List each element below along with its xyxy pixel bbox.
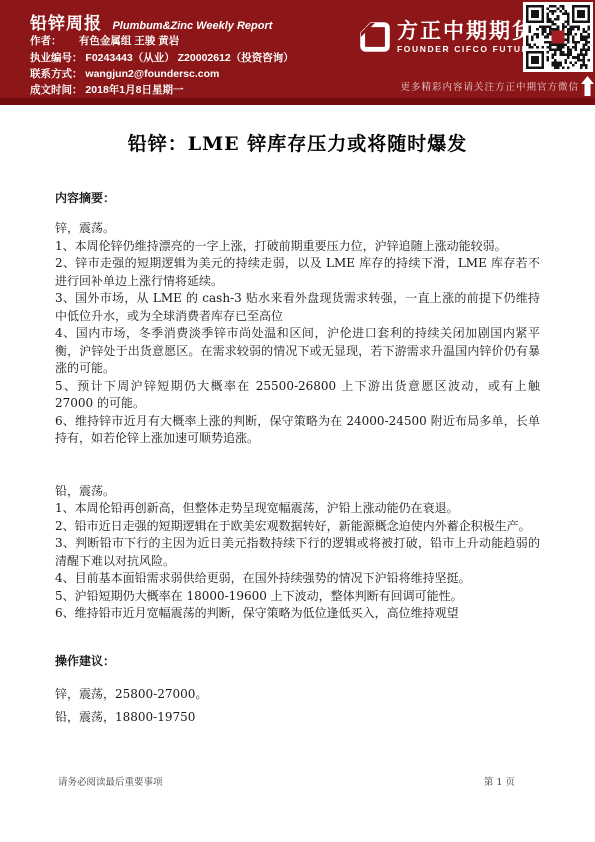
lead-advice-line: 铅，震荡，18800-19750 (55, 706, 540, 729)
report-title-zh: 铅锌周报 (30, 14, 102, 33)
lead-point-1: 1、本周伦铅再创新高，但整体走势呈现宽幅震荡，沪铅上涨动能仍在衰退。 (55, 500, 540, 518)
footer-page-number: 第 1 页 (484, 774, 515, 788)
license-field: 执业编号： F0243443（从业） Z20002612（投资咨询） (30, 50, 294, 65)
author-label: 作者： (30, 33, 76, 48)
header-divider (0, 98, 595, 105)
lead-point-6: 6、维持铅市近月宽幅震荡的判断，保守策略为低位逢低买入，高位维持观望 (55, 605, 540, 623)
lead-summary-section: 铅，震荡。 1、本周伦铅再创新高，但整体走势呈现宽幅震荡，沪铅上涨动能仍在衰退。… (55, 483, 540, 623)
zinc-point-4: 4、国内市场，冬季消费淡季锌市尚处温和区间，沪伦进口套利的持续关闭加剧国内紧平衡… (55, 325, 540, 378)
zinc-point-1: 1、本周伦锌仍维持漂亮的一字上涨，打破前期重要压力位，沪锌追随上涨动能较弱。 (55, 238, 540, 256)
zinc-trend-line: 锌，震荡。 (55, 220, 540, 238)
license-value: F0243443（从业） Z20002612（投资咨询） (85, 52, 293, 64)
wechat-qr-code (523, 2, 593, 72)
zinc-summary-section: 锌，震荡。 1、本周伦锌仍维持漂亮的一字上涨，打破前期重要压力位，沪锌追随上涨动… (55, 220, 540, 448)
contact-label: 联系方式： (30, 66, 83, 81)
company-name-zh: 方正中期期货 (397, 20, 544, 44)
contact-email-link[interactable]: wangjun2@foundersc.com (85, 68, 219, 80)
report-title-en: Plumbum&Zinc Weekly Report (112, 20, 272, 32)
company-brand: 方正中期期货 FOUNDER CIFCO FUTURES (360, 20, 544, 55)
date-label: 成文时间： (30, 82, 83, 97)
author-field: 作者： 有色金属组 王骏 黄岩 (30, 33, 179, 48)
lead-point-5: 5、沪铅短期仍大概率在 18000-19600 上下波动，整体判断有回调可能性。 (55, 588, 540, 606)
wechat-follow-note: 更多精彩内容请关注方正中期官方微信 (400, 79, 579, 93)
document-body: 内容摘要： 锌，震荡。 1、本周伦锌仍维持漂亮的一字上涨，打破前期重要压力位，沪… (55, 189, 540, 729)
document-title: 铅锌：LME 锌库存压力或将随时爆发 (0, 129, 595, 156)
zinc-point-6: 6、维持锌市近月有大概率上涨的判断，保守策略为在 24000-24500 附近布… (55, 413, 540, 448)
advice-section: 锌，震荡，25800-27000。 铅，震荡，18800-19750 (55, 683, 540, 729)
zinc-advice-line: 锌，震荡，25800-27000。 (55, 683, 540, 706)
advice-heading: 操作建议： (55, 652, 540, 669)
date-value: 2018年1月8日星期一 (85, 84, 183, 96)
footer-disclaimer: 请务必阅读最后重要事项 (58, 774, 163, 788)
author-value: 有色金属组 王骏 黄岩 (79, 35, 179, 47)
report-header: 铅锌周报 Plumbum&Zinc Weekly Report 作者： 有色金属… (0, 0, 595, 98)
report-page: 铅锌周报 Plumbum&Zinc Weekly Report 作者： 有色金属… (0, 0, 595, 842)
report-masthead: 铅锌周报 Plumbum&Zinc Weekly Report (30, 9, 272, 34)
lead-point-3: 3、判断铅市下行的主因为近日美元指数持续下行的逻辑或将被打破，铅市上升动能趋弱的… (55, 535, 540, 570)
lead-trend-line: 铅，震荡。 (55, 483, 540, 501)
contact-field: 联系方式： wangjun2@foundersc.com (30, 66, 219, 81)
zinc-point-5: 5、预计下周沪锌短期仍大概率在 25500-26800 上下游出货意愿区波动，或… (55, 378, 540, 413)
lead-point-2: 2、铅市近日走强的短期逻辑在于欧美宏观数据转好，新能源概念迫使内外蓄企积极生产。 (55, 518, 540, 536)
founder-logo-icon (360, 22, 390, 52)
zinc-point-3: 3、国外市场，从 LME 的 cash-3 贴水来看外盘现货需求转强，一直上涨的… (55, 290, 540, 325)
zinc-point-2: 2、锌市走强的短期逻辑为美元的持续走弱，以及 LME 库存的持续下滑，LME 库… (55, 255, 540, 290)
company-name-en: FOUNDER CIFCO FUTURES (397, 44, 544, 55)
summary-heading: 内容摘要： (55, 189, 540, 206)
qr-code-icon (526, 5, 590, 69)
date-field: 成文时间： 2018年1月8日星期一 (30, 82, 183, 97)
arrow-up-icon (581, 76, 594, 96)
company-name-block: 方正中期期货 FOUNDER CIFCO FUTURES (397, 20, 544, 55)
lead-point-4: 4、目前基本面铅需求弱供给更弱，在国外持续强势的情况下沪铅将维持坚挺。 (55, 570, 540, 588)
license-label: 执业编号： (30, 50, 83, 65)
